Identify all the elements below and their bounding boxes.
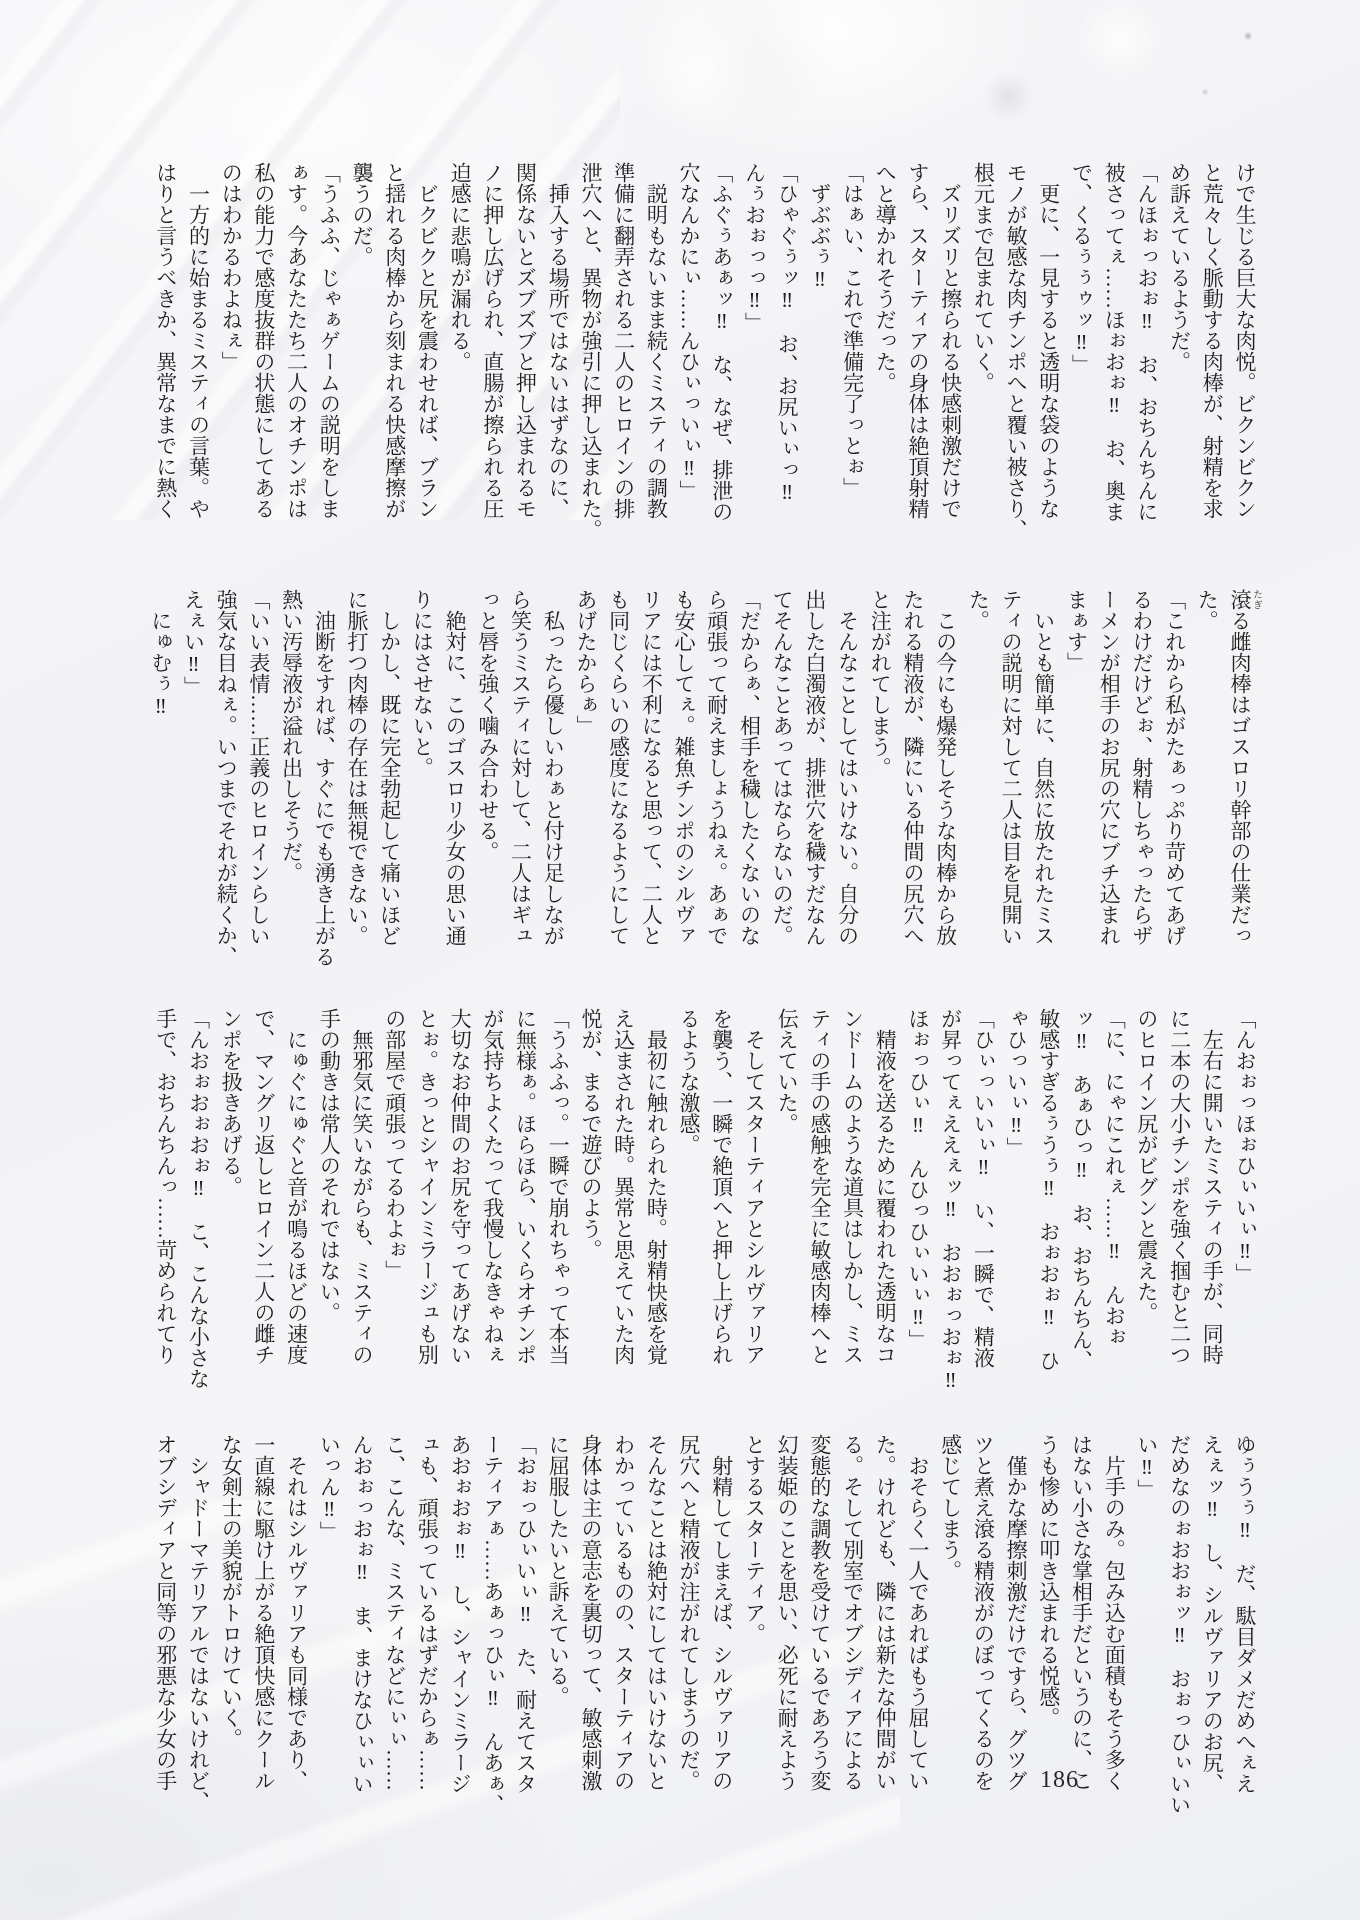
text-line: こ、こんな、ミスティなどにぃぃ…… <box>378 1434 411 1826</box>
text-line: にゅぐにゅぐと音が鳴るほどの速度 <box>280 1008 313 1400</box>
text-line: それはシルヴァリアも同様であり、 <box>280 1434 313 1826</box>
text-line: ッ‼ あぁひっ‼ お、おちんちん、 <box>1065 1008 1098 1400</box>
text-line: ンドームのような道具はしかし、ミス <box>836 1008 869 1400</box>
text-line: るわけだけどぉ、射精しちゃったらザ <box>1125 589 1158 981</box>
text-line: しかし、既に完全勃起して痛いほど <box>373 589 406 981</box>
text-line: と注がれてしまう。 <box>864 589 897 981</box>
text-line: だめなのぉおおぉッ‼ おぉっひぃいい <box>1163 1434 1196 1826</box>
text-line: えぇい‼」 <box>177 589 210 981</box>
text-line: はりと言うべきか、異常なまでに熱く <box>149 162 182 554</box>
text-line: ら笑うミスティに対して、二人はギュ <box>504 589 537 981</box>
text-line: 手の動きは常人のそれではない。 <box>313 1008 346 1400</box>
text-line: た。けれども、隣には新たな仲間がい <box>869 1434 902 1826</box>
text-line: すら、スターティアの身体は絶頂射精 <box>901 162 934 554</box>
text-line: ずぶぶぅ‼ <box>803 162 836 554</box>
text-line: 被さってぇ……ほぉおぉ‼ お、奥ま <box>1097 162 1130 554</box>
text-line: てそんなことあってはならないのだ。 <box>765 589 798 981</box>
text-line: のはわかるわよねぇ」 <box>215 162 248 554</box>
text-line: ノに押し広げられ、直腸が擦られる圧 <box>476 162 509 554</box>
text-line: に二本の大小チンポを強く掴むと二つ <box>1163 1008 1196 1400</box>
text-line: 一直線に駆け上がる絶頂快感にクール <box>247 1434 280 1826</box>
text-line: リアには不利になると思って、二人と <box>635 589 668 981</box>
text-line: そんなことは絶対にしてはいけないと <box>640 1434 673 1826</box>
text-line: 「これから私がたぁっぷり苛めてあげ <box>1158 589 1191 981</box>
text-line: そんなことしてはいけない。自分の <box>831 589 864 981</box>
text-line: にゅむぅ‼ <box>144 589 177 981</box>
text-line: たれる精液が、隣にいる仲間の尻穴へ <box>896 589 929 981</box>
text-line: 準備に翻弄される二人のヒロインの排 <box>607 162 640 554</box>
text-line: 襲うのだ。 <box>345 162 378 554</box>
text-line: 一方的に始まるミスティの言葉。や <box>182 162 215 554</box>
text-line: な女剣士の美貌がトロけていく。 <box>215 1434 248 1826</box>
text-line: ーティアぁ……あぁっひぃ‼ んあぁ、 <box>476 1434 509 1826</box>
text-line: 根元まで包まれていく。 <box>967 162 1000 554</box>
ruby-annotated-kanji: 滾たぎ <box>1228 589 1252 610</box>
text-line: ビクビクと尻を震わせれば、ブラン <box>411 162 444 554</box>
text-line: 尻穴へと精液が注がれてしまうのだ。 <box>672 1434 705 1826</box>
text-line: いとも簡単に、自然に放たれたミス <box>1027 589 1060 981</box>
text-line: 「んおぉおぉおぉ‼ こ、こんな小さな <box>182 1008 215 1400</box>
text-line: わかっているものの、スターティアの <box>607 1434 640 1826</box>
text-line: 敏感すぎるぅうぅ‼ おぉおぉ‼ ひ <box>1032 1008 1065 1400</box>
text-line: オブシディアと同等の邪悪な少女の手 <box>149 1434 182 1826</box>
text-line: る。そして別室でオブシディアによる <box>836 1434 869 1826</box>
text-line: ほぉっひぃ‼ んひっひぃいぃ‼」 <box>901 1008 934 1400</box>
text-line: 感じてしまう。 <box>934 1434 967 1826</box>
text-line: 精液を送るために覆われた透明なコ <box>869 1008 902 1400</box>
text-line: た。 <box>962 589 995 981</box>
text-line: 左右に開いたミスティの手が、同時 <box>1196 1008 1229 1400</box>
text-line: ティの手の感触を完全に敏感肉棒へと <box>803 1008 836 1400</box>
text-line: に屈服したいと訴えている。 <box>542 1434 575 1826</box>
novel-page: けで生じる巨大な肉悦。ビクンビクンと荒々しく脈動する肉棒が、射精を求め訴えている… <box>0 0 1360 1920</box>
text-line: 迫感に悲鳴が漏れる。 <box>443 162 476 554</box>
text-line: 最初に触れられた時。射精快感を覚 <box>640 1008 673 1400</box>
text-line: に脈打つ肉棒の存在は無視できない。 <box>340 589 373 981</box>
text-line: に無様ぁ。ほらほら、いくらオチンポ <box>509 1008 542 1400</box>
text-line: 幻装姫のことを思い、必死に耐えよう <box>770 1434 803 1826</box>
text-line: ら頑張って耐えましょうねぇ。あぁで <box>700 589 733 981</box>
text-line: んおぉっおぉ‼ ま、まけなひぃぃい <box>345 1434 378 1826</box>
text-line: 関係ないとズブズブと押し込まれるモ <box>509 162 542 554</box>
text-band-1: けで生じる巨大な肉悦。ビクンビクンと荒々しく脈動する肉棒が、射精を求め訴えている… <box>159 162 1261 554</box>
text-line: の部屋で頑張ってるわよぉ」 <box>378 1008 411 1400</box>
text-line: 射精してしまえば、シルヴァリアの <box>705 1434 738 1826</box>
text-line: 無邪気に笑いながらも、ミスティの <box>345 1008 378 1400</box>
text-line: 出した白濁液が、排泄穴を穢すだなん <box>798 589 831 981</box>
text-line: 伝えていた。 <box>770 1008 803 1400</box>
text-line: 説明もないまま続くミスティの調教 <box>640 162 673 554</box>
text-line: あおぉおぉ‼ し、シャインミラージ <box>443 1434 476 1826</box>
text-line: ンポを扱きあげる。 <box>215 1008 248 1400</box>
text-line: 絶対に、このゴスロリ少女の思い通 <box>438 589 471 981</box>
text-line: で、くるぅぅゥッ‼」 <box>1065 162 1098 554</box>
text-line: とするスターティア。 <box>738 1434 771 1826</box>
text-line: んぅおぉっっ‼」 <box>738 162 771 554</box>
text-line: 身体は主の意志を裏切って、敏感刺激 <box>574 1434 607 1826</box>
text-line: ーメンが相手のお尻の穴にブチ込まれ <box>1092 589 1125 981</box>
text-line: ゆぅうぅ‼ だ、駄目ダメだめへぇえ <box>1228 1434 1261 1826</box>
text-line: ティの説明に対して二人は目を見開い <box>994 589 1027 981</box>
text-line: 悦が、まるで遊びのよう。 <box>574 1008 607 1400</box>
text-line: 穴なんかにぃ……んひぃっいぃ‼」 <box>672 162 705 554</box>
text-line: ズリズリと擦られる快感刺激だけで <box>934 162 967 554</box>
text-line: とぉ。きっとシャインミラージュも別 <box>411 1008 444 1400</box>
text-line: 更に、一見すると透明な袋のような <box>1032 162 1065 554</box>
text-line: 僅かな摩擦刺激だけですら、グツグ <box>999 1434 1032 1826</box>
text-line: そしてスターティアとシルヴァリア <box>738 1008 771 1400</box>
text-line: ゃひっいぃ‼」 <box>999 1008 1032 1400</box>
text-line: あげたからぁ」 <box>569 589 602 981</box>
text-line: が気持ちよくたって我慢しなきゃねぇ <box>476 1008 509 1400</box>
text-line: も安心してぇ。雑魚チンポのシルヴァ <box>667 589 700 981</box>
text-line: 滾たぎる雌肉棒はゴスロリ幹部の仕業だっ <box>1223 589 1261 981</box>
text-line: っと唇を強く噛み合わせる。 <box>471 589 504 981</box>
text-band-3: 「んおぉっほぉひぃいぃ‼」左右に開いたミスティの手が、同時に二本の大小チンポを強… <box>159 1008 1261 1400</box>
text-line: 挿入する場所ではないはずなのに、 <box>542 162 575 554</box>
text-line: 「に、にゃにこれぇ……‼ んおぉ <box>1097 1008 1130 1400</box>
page-number: 186 <box>1040 1767 1079 1794</box>
text-line: この今にも爆発しそうな肉棒から放 <box>929 589 962 981</box>
text-line: おそらく一人であればもう屈してい <box>901 1434 934 1826</box>
text-line: 「はぁい、これで準備完了っとぉ」 <box>836 162 869 554</box>
text-line: モノが敏感な肉チンポへと覆い被さり、 <box>999 162 1032 554</box>
text-line: 「んほぉっおぉ‼ お、おちんちんに <box>1130 162 1163 554</box>
text-line: が昇ってぇええぇッ‼ おおぉっおぉ‼ <box>934 1008 967 1400</box>
text-line: シャドーマテリアルではないけれど、 <box>182 1434 215 1826</box>
text-line: りにはさせないと。 <box>406 589 439 981</box>
text-line: 手で、おちんちんっ……苛められてり <box>149 1008 182 1400</box>
text-line: 油断をすれば、すぐにでも湧き上がる <box>308 589 341 981</box>
text-line: を襲う、一瞬で絶頂へと押し上げられ <box>705 1008 738 1400</box>
text-line: 強気な目ねぇ。いつまでそれが続くか、 <box>210 589 243 981</box>
text-line: ュも、頑張っているはずだからぁ…… <box>411 1434 444 1826</box>
text-line: 「おぉっひぃいぃ‼ た、耐えてスタ <box>509 1434 542 1826</box>
text-line: 「だからぁ、相手を穢したくないのな <box>733 589 766 981</box>
text-line: い‼」 <box>1130 1434 1163 1826</box>
text-line: 「んおぉっほぉひぃいぃ‼」 <box>1228 1008 1261 1400</box>
text-line: 私ったら優しいわぁと付け足しなが <box>537 589 570 981</box>
text-line: 泄穴へと、異物が強引に押し込まれた。 <box>574 162 607 554</box>
text-line: 「ひゃぐぅッ‼ お、お尻いぃっ‼ <box>770 162 803 554</box>
text-line: と荒々しく脈動する肉棒が、射精を求 <box>1196 162 1229 554</box>
text-line: 大切なお仲間のお尻を守ってあげない <box>443 1008 476 1400</box>
text-line: のヒロイン尻がビグンと震えた。 <box>1130 1008 1163 1400</box>
text-line: 熱い汚辱液が溢れ出しそうだ。 <box>275 589 308 981</box>
text-line: いっん‼」 <box>313 1434 346 1826</box>
text-line: で、マングリ返しヒロイン二人の雌チ <box>247 1008 280 1400</box>
text-line: と揺れる肉棒から刻まれる快感摩擦が <box>378 162 411 554</box>
text-line: まぁす」 <box>1060 589 1093 981</box>
text-line: へと導かれそうだった。 <box>869 162 902 554</box>
text-line: 片手のみ。包み込む面積もそう多く <box>1097 1434 1130 1826</box>
text-line: えぇッ‼ し、シルヴァリアのお尻、 <box>1196 1434 1229 1826</box>
text-line: るような激感。 <box>672 1008 705 1400</box>
text-line: 「ひぃっいいぃ‼ い、一瞬で、精液 <box>967 1008 1000 1400</box>
text-line: けで生じる巨大な肉悦。ビクンビクン <box>1228 162 1261 554</box>
text-line: 私の能力で感度抜群の状態にしてある <box>247 162 280 554</box>
text-line: ぁす。今あなたたち二人のオチンポは <box>280 162 313 554</box>
text-line: 「ふぐぅあぁッ‼ な、なぜ、排泄の <box>705 162 738 554</box>
text-line: ツと煮え滾る精液がのぼってくるのを <box>967 1434 1000 1826</box>
text-line: め訴えているようだ。 <box>1163 162 1196 554</box>
text-line: 変態的な調教を受けているであろう変 <box>803 1434 836 1826</box>
text-line: え込まされた時。異常と思えていた肉 <box>607 1008 640 1400</box>
text-band-2: 滾たぎる雌肉棒はゴスロリ幹部の仕業だった。「これから私がたぁっぷり苛めてあげるわ… <box>159 589 1261 981</box>
text-line: 「うふふ、じゃぁゲームの説明をしま <box>313 162 346 554</box>
text-line: も同じくらいの感度になるようにして <box>602 589 635 981</box>
text-line: た。 <box>1191 589 1224 981</box>
text-band-4: ゆぅうぅ‼ だ、駄目ダメだめへぇええぇッ‼ し、シルヴァリアのお尻、だめなのぉお… <box>159 1434 1261 1826</box>
text-line: 「いい表情……正義のヒロインらしい <box>242 589 275 981</box>
text-line: 「うふふっ。一瞬で崩れちゃって本当 <box>542 1008 575 1400</box>
